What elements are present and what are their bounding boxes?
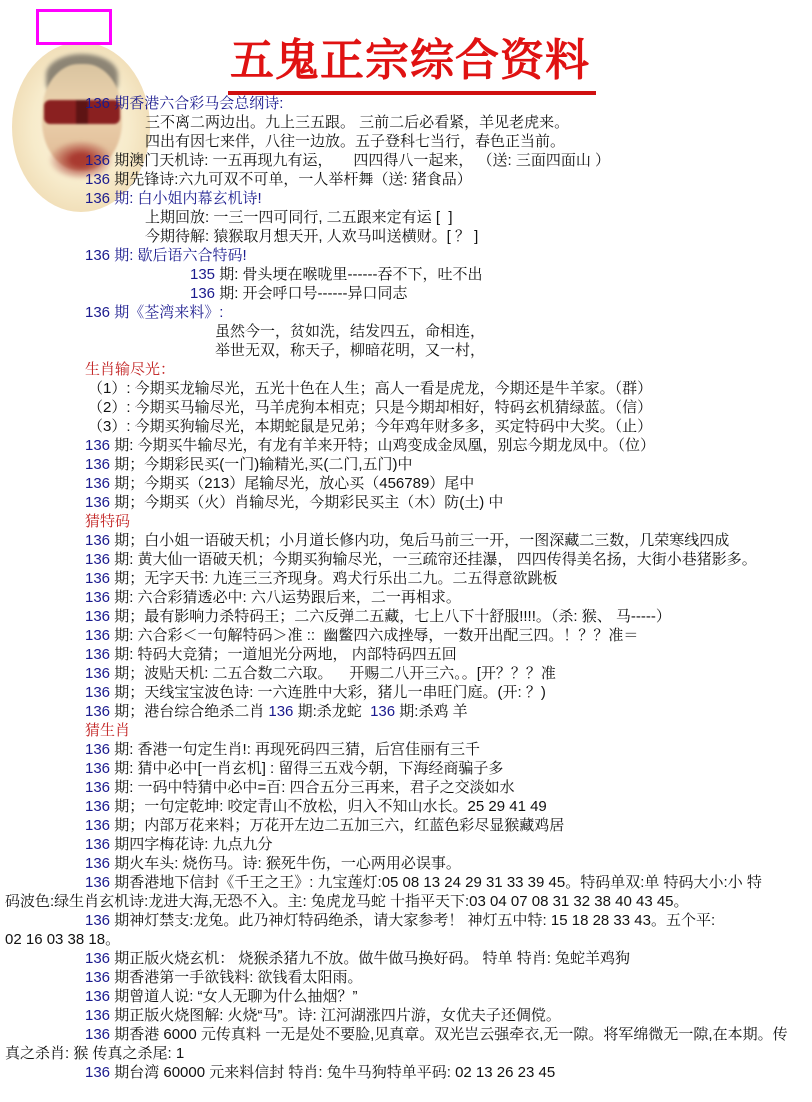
text-line: 上期回放: 一三一四可同行, 二五跟来定有运 [ ] <box>0 208 812 227</box>
text-run: 136 <box>85 760 110 777</box>
text-run: 136 <box>85 969 110 986</box>
text-run: 期台湾 60000 元来料信封 特肖: 兔牛马狗特单平码: 02 13 26 2… <box>110 1064 555 1081</box>
text-run: 136 <box>85 475 110 492</box>
text-run: 期澳门天机诗: 一五再现九有运， 四四得八一起来， （送: 三面四面山 ） <box>110 152 610 169</box>
text-run: 真之杀肖: 猴 传真之杀尾: 1 <box>5 1045 184 1062</box>
text-run: 136 <box>85 437 110 454</box>
text-line: 虽然今一，贫如洗，结发四五，命相连， <box>0 322 812 341</box>
text-run: 期: 六合彩＜一句解特码＞准 :: 幽鳖四六成挫辱，一数开出配三四。！？？准＝ <box>110 627 638 644</box>
text-line: 136 期；最有影响力杀特码王；二六反弹二五藏，七上八下十舒服!!!!。（杀: … <box>0 607 812 626</box>
text-run: 期: 黄大仙一语破天机；今期买狗输尽光，一三疏帘还挂瀑， 四四传得美名扬，大街小… <box>110 551 757 568</box>
text-run: 136 <box>85 551 110 568</box>
text-run: （3）: 今期买狗输尽光，本期蛇鼠是兄弟；今年鸡年财多多，买定特码中大奖。（止） <box>88 418 652 435</box>
text-line: 举世无双，称天子，柳暗花明，又一村， <box>0 341 812 360</box>
text-line: 136 期香港地下信封《千王之王》: 九宝莲灯:05 08 13 24 29 3… <box>0 873 812 892</box>
text-line: 136 期；天线宝宝波色诗: 一六连胜中大彩，猪儿一串旺门庭。(开: ？) <box>0 683 812 702</box>
text-line: 136 期；白小姐一语破天机；小月道长修内功，兔后马前三一开，一图深藏二三数，几… <box>0 531 812 550</box>
text-run: 期；港台综合绝杀二肖 <box>110 703 268 720</box>
text-run: 136 <box>85 684 110 701</box>
text-run: 期正版火烧图解: 火烧“马”。诗: 江河湖涨四片游，女优夫子还倜傥。 <box>110 1007 561 1024</box>
text-run: 02 16 03 38 18。 <box>5 931 120 948</box>
text-run: 期香港地下信封《千王之王》: 九宝莲灯:05 08 13 24 29 31 33… <box>110 874 762 891</box>
text-line: 02 16 03 38 18。 <box>0 930 812 949</box>
text-run: 期: 六合彩猜透必中: 六八运势跟后来，二一再相求。 <box>110 589 461 606</box>
text-run: 期正版火烧玄机： 烧猴杀猪九不放。做牛做马换好码。 特单 特肖: 兔蛇羊鸡狗 <box>110 950 630 967</box>
text-run: 三不离二两边出。九上三五跟。 三前二后必看紧，羊见老虎来。 <box>145 114 569 131</box>
text-line: 136 期；无字天书: 九连三三齐现身。鸡犬行乐出二九。二五得意欲跳板 <box>0 569 812 588</box>
text-run: 期: 一码中特猜中必中=百: 四合五分三再来，君子之交淡如水 <box>110 779 515 796</box>
text-run: 136 <box>85 608 110 625</box>
text-line: 136 期香港第一手欲钱料: 欲钱看太阳雨。 <box>0 968 812 987</box>
text-run: 136 <box>85 855 110 872</box>
text-run: 136 <box>85 589 110 606</box>
text-run: 期香港 6000 元传真料 一无是处不要脸,见真章。双光岂云强牵衣,无一隙。将军… <box>110 1026 788 1043</box>
text-line: 猜生肖 <box>0 721 812 740</box>
text-run: 136 <box>85 1007 110 1024</box>
text-run: 期火车头: 烧伤马。诗: 猴死牛伤，一心两用必误事。 <box>110 855 461 872</box>
text-run: 期；今期买（213）尾输尽光，放心买（456789）尾中 <box>110 475 474 492</box>
text-run: 136 <box>85 494 110 511</box>
text-run: 上期回放: 一三一四可同行, 二五跟来定有运 [ ] <box>145 209 453 226</box>
text-run: 136 <box>85 950 110 967</box>
text-run: （2）: 今期买马输尽光，马羊虎狗本相克；只是今期却相好，特码玄机猜绿蓝。（信） <box>88 399 652 416</box>
text-run: 期:杀龙蛇 <box>293 703 370 720</box>
text-run: 136 <box>85 570 110 587</box>
text-line: 136 期正版火烧图解: 火烧“马”。诗: 江河湖涨四片游，女优夫子还倜傥。 <box>0 1006 812 1025</box>
text-run: 136 期: 歇后语六合特码! <box>85 247 247 264</box>
text-line: 136 期: 歇后语六合特码! <box>0 246 812 265</box>
text-run: 136 <box>370 703 395 720</box>
text-run: 举世无双，称天子，柳暗花明，又一村， <box>215 342 485 359</box>
highlight-box <box>36 9 112 45</box>
text-run: 136 <box>85 779 110 796</box>
text-line: 真之杀肖: 猴 传真之杀尾: 1 <box>0 1044 812 1063</box>
text-run: 136 <box>85 532 110 549</box>
text-line: 136 期；一句定乾坤: 咬定青山不放松，归入不知山水长。25 29 41 49 <box>0 797 812 816</box>
text-run: 四出有因七来伴，八往一边放。五子登科七当行，春色正当前。 <box>145 133 565 150</box>
text-line: 136 期: 六合彩猜透必中: 六八运势跟后来，二一再相求。 <box>0 588 812 607</box>
text-line: 135 期: 骨头埂在喉咙里------吞不下，吐不出 <box>0 265 812 284</box>
text-line: （2）: 今期买马输尽光，马羊虎狗本相克；只是今期却相好，特码玄机猜绿蓝。（信） <box>0 398 812 417</box>
text-run: 136 <box>85 741 110 758</box>
text-line: （3）: 今期买狗输尽光，本期蛇鼠是兄弟；今年鸡年财多多，买定特码中大奖。（止） <box>0 417 812 436</box>
text-line: 136 期；内部万花来料；万花开左边二五加三六，红蓝色彩尽显猴藏鸡居 <box>0 816 812 835</box>
text-run: 期曾道人说: “女人无聊为什么抽烟？” <box>110 988 358 1005</box>
text-line: 136 期四字梅花诗: 九点九分 <box>0 835 812 854</box>
text-line: 136 期《荃湾来料》: <box>0 303 812 322</box>
text-line: 码波色:绿生肖玄机诗:龙进大海,无恐不入。主: 兔虎龙马蛇 十指平天下:03 0… <box>0 892 812 911</box>
text-run: 期:杀鸡 羊 <box>395 703 468 720</box>
text-run: 136 <box>85 912 110 929</box>
lottery-info-page: 五鬼正宗综合资料 136 期香港六合彩马会总纲诗:三不离二两边出。九上三五跟。 … <box>0 0 812 1102</box>
text-line: 136 期；今期彩民买(一门)输精光,买(二门,五门)中 <box>0 455 812 474</box>
text-run: 136 <box>85 627 110 644</box>
text-line: 136 期: 一码中特猜中必中=百: 四合五分三再来，君子之交淡如水 <box>0 778 812 797</box>
text-line: 136 期: 香港一句定生肖!: 再现死码四三猜，后宫佳丽有三千 <box>0 740 812 759</box>
text-run: 虽然今一，贫如洗，结发四五，命相连， <box>215 323 485 340</box>
text-run: 期；白小姐一语破天机；小月道长修内功，兔后马前三一开，一图深藏二三数，几荣寒线四… <box>110 532 729 549</box>
text-run: 期；今期买（火）肖输尽光，今期彩民买主（木）防(土) 中 <box>110 494 503 511</box>
text-run: 136 <box>85 1064 110 1081</box>
text-run: 136 <box>85 646 110 663</box>
text-run: （1）: 今期买龙输尽光，五光十色在人生；高人一看是虎龙，今期还是牛羊家。（群） <box>88 380 652 397</box>
text-line: 136 期；今期买（213）尾输尽光，放心买（456789）尾中 <box>0 474 812 493</box>
text-run: 136 <box>85 836 110 853</box>
text-run: 136 <box>190 285 215 302</box>
text-run: 生肖输尽光： <box>85 361 175 378</box>
text-run: 期: 今期买牛输尽光，有龙有羊来开特；山鸡变成金凤凰，别忘今期龙凤中。（位） <box>110 437 655 454</box>
text-run: 期；内部万花来料；万花开左边二五加三六，红蓝色彩尽显猴藏鸡居 <box>110 817 564 834</box>
text-line: 三不离二两边出。九上三五跟。 三前二后必看紧，羊见老虎来。 <box>0 113 812 132</box>
text-run: 期；今期彩民买(一门)输精光,买(二门,五门)中 <box>110 456 413 473</box>
text-line: （1）: 今期买龙输尽光，五光十色在人生；高人一看是虎龙，今期还是牛羊家。（群） <box>0 379 812 398</box>
text-run: 期；无字天书: 九连三三齐现身。鸡犬行乐出二九。二五得意欲跳板 <box>110 570 558 587</box>
text-line: 136 期台湾 60000 元来料信封 特肖: 兔牛马狗特单平码: 02 13 … <box>0 1063 812 1082</box>
text-run: 期: 特码大竞猜；一道旭光分两地， 内部特码四五回 <box>110 646 457 663</box>
text-line: 136 期澳门天机诗: 一五再现九有运， 四四得八一起来， （送: 三面四面山 … <box>0 151 812 170</box>
text-run: 136 <box>85 171 110 188</box>
text-run: 136 <box>268 703 293 720</box>
text-run: 期先锋诗:六九可双不可单，一人举杆舞（送: 猪食品） <box>110 171 472 188</box>
text-run: 135 <box>190 266 215 283</box>
text-run: 期四字梅花诗: 九点九分 <box>110 836 273 853</box>
text-line: 136 期；波贴天机: 二五合数二六取。 开赐二八开三六。。[开？？？准 <box>0 664 812 683</box>
text-line: 136 期火车头: 烧伤马。诗: 猴死牛伤，一心两用必误事。 <box>0 854 812 873</box>
text-run: 136 期香港六合彩马会总纲诗: <box>85 95 283 112</box>
text-line: 136 期: 猜中必中[一肖玄机] : 留得三五戏今朝，下海经商骗子多 <box>0 759 812 778</box>
text-run: 136 <box>85 703 110 720</box>
text-run: 136 <box>85 988 110 1005</box>
text-line: 136 期；港台综合绝杀二肖 136 期:杀龙蛇 136 期:杀鸡 羊 <box>0 702 812 721</box>
text-line: 136 期香港 6000 元传真料 一无是处不要脸,见真章。双光岂云强牵衣,无一… <box>0 1025 812 1044</box>
text-run: 期；波贴天机: 二五合数二六取。 开赐二八开三六。。[开？？？准 <box>110 665 556 682</box>
text-run: 码波色:绿生肖玄机诗:龙进大海,无恐不入。主: 兔虎龙马蛇 十指平天下:03 0… <box>5 893 689 910</box>
text-line: 136 期: 特码大竞猜；一道旭光分两地， 内部特码四五回 <box>0 645 812 664</box>
text-line: 136 期: 六合彩＜一句解特码＞准 :: 幽鳖四六成挫辱，一数开出配三四。！？… <box>0 626 812 645</box>
text-run: 猜特码 <box>85 513 130 530</box>
text-line: 136 期神灯禁支:龙兔。此乃神灯特码绝杀，请大家参考！ 神灯五中特: 15 1… <box>0 911 812 930</box>
text-run: 136 <box>85 665 110 682</box>
text-line: 136 期曾道人说: “女人无聊为什么抽烟？” <box>0 987 812 1006</box>
text-run: 136 <box>85 874 110 891</box>
text-run: 期: 猜中必中[一肖玄机] : 留得三五戏今朝，下海经商骗子多 <box>110 760 503 777</box>
text-run: 期；一句定乾坤: 咬定青山不放松，归入不知山水长。25 29 41 49 <box>110 798 547 815</box>
text-run: 136 期: 白小姐内幕玄机诗! <box>85 190 262 207</box>
text-line: 生肖输尽光： <box>0 360 812 379</box>
page-title: 五鬼正宗综合资料 <box>228 24 596 95</box>
text-run: 期；天线宝宝波色诗: 一六连胜中大彩，猪儿一串旺门庭。(开: ？) <box>110 684 546 701</box>
text-line: 136 期: 白小姐内幕玄机诗! <box>0 189 812 208</box>
text-run: 136 <box>85 1026 110 1043</box>
text-run: 136 期《荃湾来料》: <box>85 304 223 321</box>
text-line: 四出有因七来伴，八往一边放。五子登科七当行，春色正当前。 <box>0 132 812 151</box>
text-run: 期香港第一手欲钱料: 欲钱看太阳雨。 <box>110 969 363 986</box>
text-line: 136 期: 今期买牛输尽光，有龙有羊来开特；山鸡变成金凤凰，别忘今期龙凤中。（… <box>0 436 812 455</box>
text-line: 今期待解: 猿猴取月想天开, 人欢马叫送横财。[ ？ ] <box>0 227 812 246</box>
text-line: 136 期；今期买（火）肖输尽光，今期彩民买主（木）防(土) 中 <box>0 493 812 512</box>
text-run: 136 <box>85 152 110 169</box>
text-run: 136 <box>85 817 110 834</box>
text-line: 136 期正版火烧玄机： 烧猴杀猪九不放。做牛做马换好码。 特单 特肖: 兔蛇羊… <box>0 949 812 968</box>
text-line: 136 期: 开会呼口号------异口同志 <box>0 284 812 303</box>
text-line: 136 期先锋诗:六九可双不可单，一人举杆舞（送: 猪食品） <box>0 170 812 189</box>
text-run: 猜生肖 <box>85 722 130 739</box>
text-run: 期: 香港一句定生肖!: 再现死码四三猜，后宫佳丽有三千 <box>110 741 480 758</box>
text-line: 136 期香港六合彩马会总纲诗: <box>0 94 812 113</box>
text-run: 136 <box>85 456 110 473</box>
text-run: 期: 骨头埂在喉咙里------吞不下，吐不出 <box>215 266 482 283</box>
text-run: 今期待解: 猿猴取月想天开, 人欢马叫送横财。[ ？ ] <box>145 228 478 245</box>
text-run: 136 <box>85 798 110 815</box>
text-run: 期；最有影响力杀特码王；二六反弹二五藏，七上八下十舒服!!!!。（杀: 猴、 马… <box>110 608 671 625</box>
text-line: 猜特码 <box>0 512 812 531</box>
text-line: 136 期: 黄大仙一语破天机；今期买狗输尽光，一三疏帘还挂瀑， 四四传得美名扬… <box>0 550 812 569</box>
content-body: 136 期香港六合彩马会总纲诗:三不离二两边出。九上三五跟。 三前二后必看紧，羊… <box>0 94 812 1082</box>
text-run: 期: 开会呼口号------异口同志 <box>215 285 407 302</box>
text-run: 期神灯禁支:龙兔。此乃神灯特码绝杀，请大家参考！ 神灯五中特: 15 18 28… <box>110 912 715 929</box>
